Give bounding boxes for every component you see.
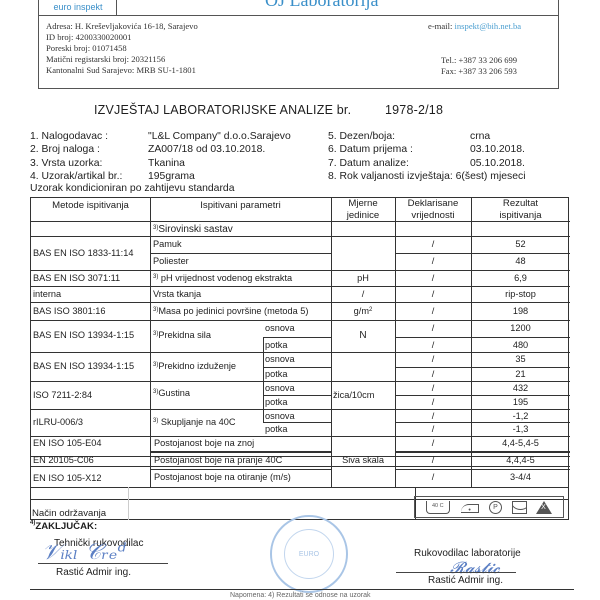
unit-ph: pH [331,273,395,284]
param-cotton: Pamuk [153,239,182,250]
param-weave: Vrsta tkanja [153,289,201,300]
result-sweat: 4,4-5,4-5 [471,438,570,449]
density-warp-label: osnova [265,383,295,394]
conditioned-note: Uzorak kondicioniran po zahtijevu standa… [30,183,234,194]
force-weft-label: potka [265,340,287,351]
param-ph: 3) pH vrijednost vodenog ekstrakta [153,273,292,284]
declared-weave: / [395,289,471,300]
result-cotton: 52 [471,239,570,250]
court-registration: Kantonalni Sud Sarajevo: MRB SU-1-1801 [46,65,198,76]
result-elong-weft: 21 [471,369,570,380]
logo-text: euro inspekt [39,2,117,12]
result-rub: 3-4/4 [471,472,570,483]
shrink-weft-label: potka [265,424,287,435]
param-composition: 3)Sirovinski sastav [153,224,233,235]
address-block: Adresa: H. Kreševljakovića 16-18, Saraje… [46,21,198,76]
report-number: 1978-2/18 [385,103,443,117]
method-3071: BAS EN ISO 3071:11 [33,273,120,284]
unit-weave: / [331,289,395,300]
iron-low-icon [459,502,479,513]
colorfastness-table: EN ISO 105-E04 EN 20105-C06 EN ISO 105-X… [30,435,569,488]
param-force: 3)Prekidna sila [153,330,211,341]
declared-elong-weft: / [395,369,471,380]
order-label: 2. Broj naloga : [30,143,122,156]
tech-manager-name: Rastić Admir ing. [56,567,131,578]
letterhead-top: ▲ euro inspekt OJ Laboratorija [38,0,559,16]
param-rub: Postojanost boje na otiranje (m/s) [154,472,291,483]
signature-line-right [396,572,516,573]
force-warp-label: osnova [265,323,295,334]
lab-manager-name: Rastić Admir ing. [428,575,503,586]
no-bleach-icon [536,501,552,514]
declared-force-warp: / [395,323,471,334]
method-x12: EN ISO 105-X12 [33,473,101,484]
client-label: 1. Nalogodavac : [30,130,122,143]
footer-rule [30,589,574,590]
method-13934-force: BAS EN ISO 13934-1:15 [33,330,134,341]
result-polyester: 48 [471,256,570,267]
result-mass: 198 [471,306,570,317]
declared-cotton: / [395,239,471,250]
param-wash: Postojanost boje na pranje 40C [154,455,282,466]
analysis-date-value: 05.10.2018. [470,157,525,170]
received-date-value: 03.10.2018. [470,143,525,156]
article-label: 4. Uzorak/artikal br.: [30,170,122,183]
info-left-labels: 1. Nalogodavac : 2. Broj naloga : 3. Vrs… [30,130,122,183]
email-label: e-mail: [428,21,452,31]
result-force-weft: 480 [471,340,570,351]
company-stamp: EURO INSPEKT [270,515,348,593]
method-rilru: rILRU-006/3 [33,417,83,428]
lab-title: OJ Laboratorija [265,0,378,11]
tumble-dry-icon [512,501,527,514]
address-line: Adresa: H. Kreševljakovića 16-18, Saraje… [46,21,198,32]
density-weft-label: potka [265,397,287,408]
method-interna: interna [33,289,61,300]
declared-rub: / [395,472,471,483]
care-label: Način održavanja [32,508,106,519]
method-e04: EN ISO 105-E04 [33,438,101,449]
param-elongation: 3)Prekidno izduženje [153,361,236,372]
tax-number: Poreski broj: 01071458 [46,43,198,54]
registry-number: Matični registarski broj: 20321156 [46,54,198,65]
article-value: 195grama [148,170,291,183]
param-density: 3)Gustina [153,388,190,399]
dryclean-p-icon: P [489,501,502,514]
declared-density-warp: / [395,383,471,394]
result-shrink-warp: -1,2 [471,411,570,422]
declared-elong-warp: / [395,354,471,365]
method-13934-elongation: BAS EN ISO 13934-1:15 [33,361,134,372]
declared-polyester: / [395,256,471,267]
result-weave: rip-stop [471,289,570,300]
declared-wash: / [395,455,471,466]
color-value: crna [470,130,525,143]
conclusion-heading: 4)ZAKLJUČAK: [30,521,97,532]
result-ph: 6,9 [471,273,570,284]
result-shrink-weft: -1,3 [471,424,570,435]
result-density-warp: 432 [471,383,570,394]
col-header-parameters: Ispitivani parametri [150,200,331,212]
col-header-method: Metode ispitivanja [31,200,150,212]
declared-shrink-warp: / [395,411,471,422]
phone-fax: Tel.: +387 33 206 699 Fax: +387 33 206 5… [441,55,517,77]
col-header-declared: Deklarisanevrijednosti [395,198,471,222]
id-number: ID broj: 4200330020001 [46,32,198,43]
validity-value: 6(šest) mjeseci [456,171,526,182]
care-symbols: 40 C P [414,496,564,518]
param-sweat: Postojanost boje na znoj [154,438,254,449]
param-mass: 3)Masa po jedinici površine (metoda 5) [153,306,308,317]
result-density-weft: 195 [471,397,570,408]
sample-type-label: 3. Vrsta uzorka: [30,157,122,170]
result-wash: 4,4,4-5 [471,455,570,466]
sample-type-value: Tkanina [148,157,291,170]
param-shrinkage: 3) Skupljanje na 40C [153,417,235,428]
report-title: IZVJEŠTAJ LABORATORIJSKE ANALIZE br. 197… [94,103,351,117]
param-polyester: Poliester [153,256,189,267]
method-3801: BAS ISO 3801:16 [33,306,106,317]
info-left-values: "L&L Company" d.o.o.Sarajevo ZA007/18 od… [148,130,291,183]
col-header-units: Mjernejedinice [331,198,395,222]
method-1833: BAS EN ISO 1833-11:14 [33,248,133,259]
declared-ph: / [395,273,471,284]
signature-line-left [38,563,168,564]
info-right-values: crna 03.10.2018. 05.10.2018. [470,130,525,170]
email: e-mail: inspekt@bih.net.ba [428,21,521,31]
footnote: Napomena: 4) Rezultati se odnose na uzor… [230,592,370,599]
declared-sweat: / [395,438,471,449]
declared-density-weft: / [395,397,471,408]
result-elong-warp: 35 [471,354,570,365]
method-7211: ISO 7211-2:84 [33,390,92,401]
order-value: ZA007/18 od 03.10.2018. [148,143,291,156]
shrink-warp-label: osnova [265,411,295,422]
declared-shrink-weft: / [395,424,471,435]
unit-force: N [331,330,395,341]
col-header-result: Rezultatispitivanja [471,198,570,222]
fax: Fax: +387 33 206 593 [441,66,517,77]
result-force-warp: 1200 [471,323,570,334]
email-link[interactable]: inspekt@bih.net.ba [455,21,522,31]
wash-40-icon: 40 C [426,501,450,514]
elong-weft-label: potka [265,369,287,380]
tech-manager-signature: 𝒱ᵢₖₗ 𝒞ᵣₑᵈ [42,540,126,565]
client-value: "L&L Company" d.o.o.Sarajevo [148,130,291,143]
declared-mass: / [395,306,471,317]
report-title-text: IZVJEŠTAJ LABORATORIJSKE ANALIZE br. [94,103,351,117]
unit-mass: g/m2 [331,306,395,317]
elong-warp-label: osnova [265,354,295,365]
unit-grey-scale: Siva skala [331,455,395,466]
declared-force-weft: / [395,340,471,351]
validity-label: 8. Rok valjanosti izvještaja: 6(šest) mj… [328,170,526,183]
phone: Tel.: +387 33 206 699 [441,55,517,66]
letterhead-info: Adresa: H. Kreševljakovića 16-18, Saraje… [38,16,559,89]
method-c06: EN 20105-C06 [33,455,94,466]
logo: ▲ euro inspekt [39,0,117,15]
unit-density: žica/10cm [333,390,374,401]
